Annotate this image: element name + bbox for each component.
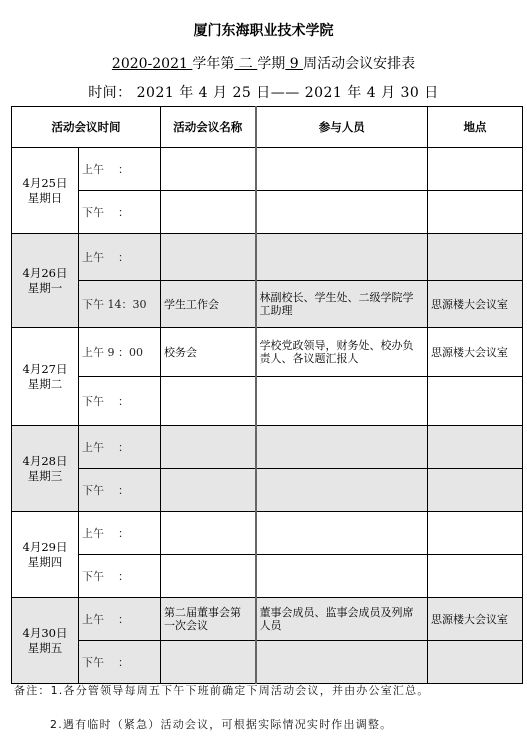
- participants: [256, 469, 428, 512]
- meeting-name: [161, 426, 256, 469]
- meeting-name: [161, 191, 256, 234]
- table-row: 下午 14：30学生工作会林副校长、学生处、二级学院学工助理思源楼大会议室: [12, 281, 523, 328]
- table-row: 4月25日星期日上午 ：: [12, 148, 523, 191]
- location: [428, 512, 523, 555]
- table-row: 下午 ：: [12, 641, 523, 684]
- participants: [256, 426, 428, 469]
- weekday-label: 星期五: [28, 641, 63, 655]
- meeting-name: [161, 148, 256, 191]
- weekday-label: 星期三: [28, 469, 63, 483]
- note-1: 备注：1.各分管领导每周五下午下班前确定下周活动会议，并由办公室汇总。: [14, 682, 430, 698]
- participants: [256, 641, 428, 684]
- table-row: 4月27日星期二上午 9 ：00校务会学校党政领导，财务处、校办负责人、各议题汇…: [12, 328, 523, 377]
- participants: 董事会成员、监事会成员及列席人员: [256, 598, 428, 641]
- academic-year: 2020-2021: [112, 56, 192, 72]
- weekday-label: 星期二: [28, 377, 63, 391]
- day-cell: 4月30日星期五: [12, 598, 79, 684]
- col-header-time: 活动会议时间: [12, 107, 161, 148]
- meeting-name: 校务会: [161, 328, 256, 377]
- location: 思源楼大会议室: [428, 328, 523, 377]
- table-header-row: 活动会议时间 活动会议名称 参与人员 地点: [12, 107, 523, 148]
- date-label: 4月27日: [23, 362, 68, 376]
- participants: [256, 191, 428, 234]
- location: [428, 641, 523, 684]
- table-row: 下午 ：: [12, 377, 523, 426]
- col-header-name: 活动会议名称: [161, 107, 256, 148]
- table-row: 4月29日星期四上午 ：: [12, 512, 523, 555]
- session-time: 上午 ：: [79, 598, 161, 641]
- participants: [256, 148, 428, 191]
- meeting-name: [161, 512, 256, 555]
- participants: [256, 555, 428, 598]
- meeting-name: 学生工作会: [161, 281, 256, 328]
- session-time: 下午 ：: [79, 377, 161, 426]
- location: 思源楼大会议室: [428, 598, 523, 641]
- meeting-name: [161, 555, 256, 598]
- session-time: 上午 ：: [79, 148, 161, 191]
- table-row: 4月30日星期五上午 ：第二届董事会第一次会议董事会成员、监事会成员及列席人员思…: [12, 598, 523, 641]
- schedule-table: 活动会议时间 活动会议名称 参与人员 地点 4月25日星期日上午 ：下午 ：4月…: [11, 106, 523, 684]
- weekday-label: 星期日: [28, 191, 63, 205]
- session-time: 下午 ：: [79, 191, 161, 234]
- date-label: 4月29日: [23, 540, 68, 554]
- location: [428, 191, 523, 234]
- title-text-c: 周活动会议安排表: [303, 56, 415, 72]
- location: [428, 148, 523, 191]
- session-time: 下午 ：: [79, 555, 161, 598]
- meeting-name: [161, 234, 256, 281]
- day-cell: 4月25日星期日: [12, 148, 79, 234]
- weekday-label: 星期一: [28, 281, 63, 295]
- participants: 林副校长、学生处、二级学院学工助理: [256, 281, 428, 328]
- table-row: 4月26日星期一上午 ：: [12, 234, 523, 281]
- session-time: 下午 ：: [79, 641, 161, 684]
- session-time: 下午 14：30: [79, 281, 161, 328]
- day-cell: 4月29日星期四: [12, 512, 79, 598]
- day-cell: 4月27日星期二: [12, 328, 79, 426]
- date-label: 4月30日: [23, 626, 68, 640]
- participants: [256, 512, 428, 555]
- col-header-participants: 参与人员: [256, 107, 428, 148]
- table-row: 下午 ：: [12, 555, 523, 598]
- session-time: 上午 ：: [79, 426, 161, 469]
- meeting-name: [161, 641, 256, 684]
- day-cell: 4月28日星期三: [12, 426, 79, 512]
- note-2: 2.遇有临时（紧急）活动会议，可根据实际情况实时作出调整。: [50, 716, 392, 732]
- meeting-name: [161, 469, 256, 512]
- date-range: 时间： 2021 年 4 月 25 日—— 2021 年 4 月 30 日: [0, 82, 527, 102]
- day-cell: 4月26日星期一: [12, 234, 79, 328]
- table-row: 下午 ：: [12, 191, 523, 234]
- location: [428, 555, 523, 598]
- session-time: 上午 ：: [79, 234, 161, 281]
- col-header-location: 地点: [428, 107, 523, 148]
- participants: 学校党政领导，财务处、校办负责人、各议题汇报人: [256, 328, 428, 377]
- meeting-name: 第二届董事会第一次会议: [161, 598, 256, 641]
- location: [428, 426, 523, 469]
- meeting-name: [161, 377, 256, 426]
- location: [428, 234, 523, 281]
- date-label: 4月25日: [23, 176, 68, 190]
- date-label: 4月28日: [23, 454, 68, 468]
- location: [428, 377, 523, 426]
- table-row: 4月28日星期三上午 ：: [12, 426, 523, 469]
- location: 思源楼大会议室: [428, 281, 523, 328]
- week-number: 9: [285, 56, 303, 72]
- table-row: 下午 ：: [12, 469, 523, 512]
- title-text-b: 学期: [257, 56, 285, 72]
- institution-title: 厦门东海职业技术学院: [0, 20, 527, 40]
- weekday-label: 星期四: [28, 555, 63, 569]
- location: [428, 469, 523, 512]
- semester: 二: [234, 56, 257, 72]
- session-time: 上午 ：: [79, 512, 161, 555]
- participants: [256, 234, 428, 281]
- schedule-title: 2020-2021 学年第 二 学期 9 周活动会议安排表: [0, 53, 527, 73]
- session-time: 下午 ：: [79, 469, 161, 512]
- session-time: 上午 9 ：00: [79, 328, 161, 377]
- date-label: 4月26日: [23, 266, 68, 280]
- title-text-a: 学年第: [192, 56, 234, 72]
- participants: [256, 377, 428, 426]
